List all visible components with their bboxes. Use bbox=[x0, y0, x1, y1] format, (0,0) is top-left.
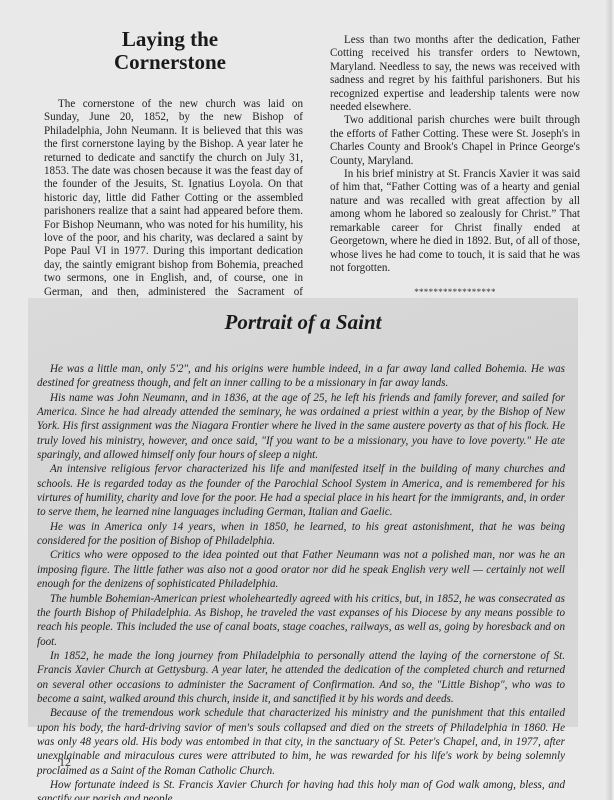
article-paragraph: The cornerstone of the new church was la… bbox=[44, 98, 303, 313]
sidebar-paragraph: He was a little man, only 5'2", and his … bbox=[37, 362, 565, 391]
sidebar-body: He was a little man, only 5'2", and his … bbox=[37, 362, 565, 800]
article-left-column: The cornerstone of the new church was la… bbox=[44, 98, 303, 313]
page-edge-shadow bbox=[606, 0, 614, 800]
sidebar-paragraph: An intensive religious fervor characteri… bbox=[37, 462, 565, 519]
sidebar-box: Portrait of a Saint He was a little man,… bbox=[28, 298, 578, 727]
sidebar-paragraph: Critics who were opposed to the idea poi… bbox=[37, 548, 565, 591]
sidebar-paragraph: Because of the tremendous work schedule … bbox=[37, 706, 565, 778]
article-paragraph: Less than two months after the dedicatio… bbox=[330, 34, 580, 114]
article-title-line2: Cornerstone bbox=[75, 51, 265, 74]
sidebar-paragraph: The humble Bohemian-American priest whol… bbox=[37, 592, 565, 649]
page-number: 12 bbox=[59, 755, 71, 770]
article-paragraph: In his brief ministry at St. Francis Xav… bbox=[330, 168, 580, 275]
article-title: Laying the Cornerstone bbox=[75, 28, 265, 74]
sidebar-paragraph: In 1852, he made the long journey from P… bbox=[37, 649, 565, 706]
article-right-column: Less than two months after the dedicatio… bbox=[330, 34, 580, 300]
sidebar-title: Portrait of a Saint bbox=[28, 310, 578, 335]
sidebar-paragraph: How fortunate indeed is St. Francis Xavi… bbox=[37, 778, 565, 800]
article-title-line1: Laying the bbox=[75, 28, 265, 51]
sidebar-paragraph: He was in America only 14 years, when in… bbox=[37, 520, 565, 549]
article-paragraph: Two additional parish churches were buil… bbox=[330, 114, 580, 168]
sidebar-paragraph: His name was John Neumann, and in 1836, … bbox=[37, 391, 565, 463]
